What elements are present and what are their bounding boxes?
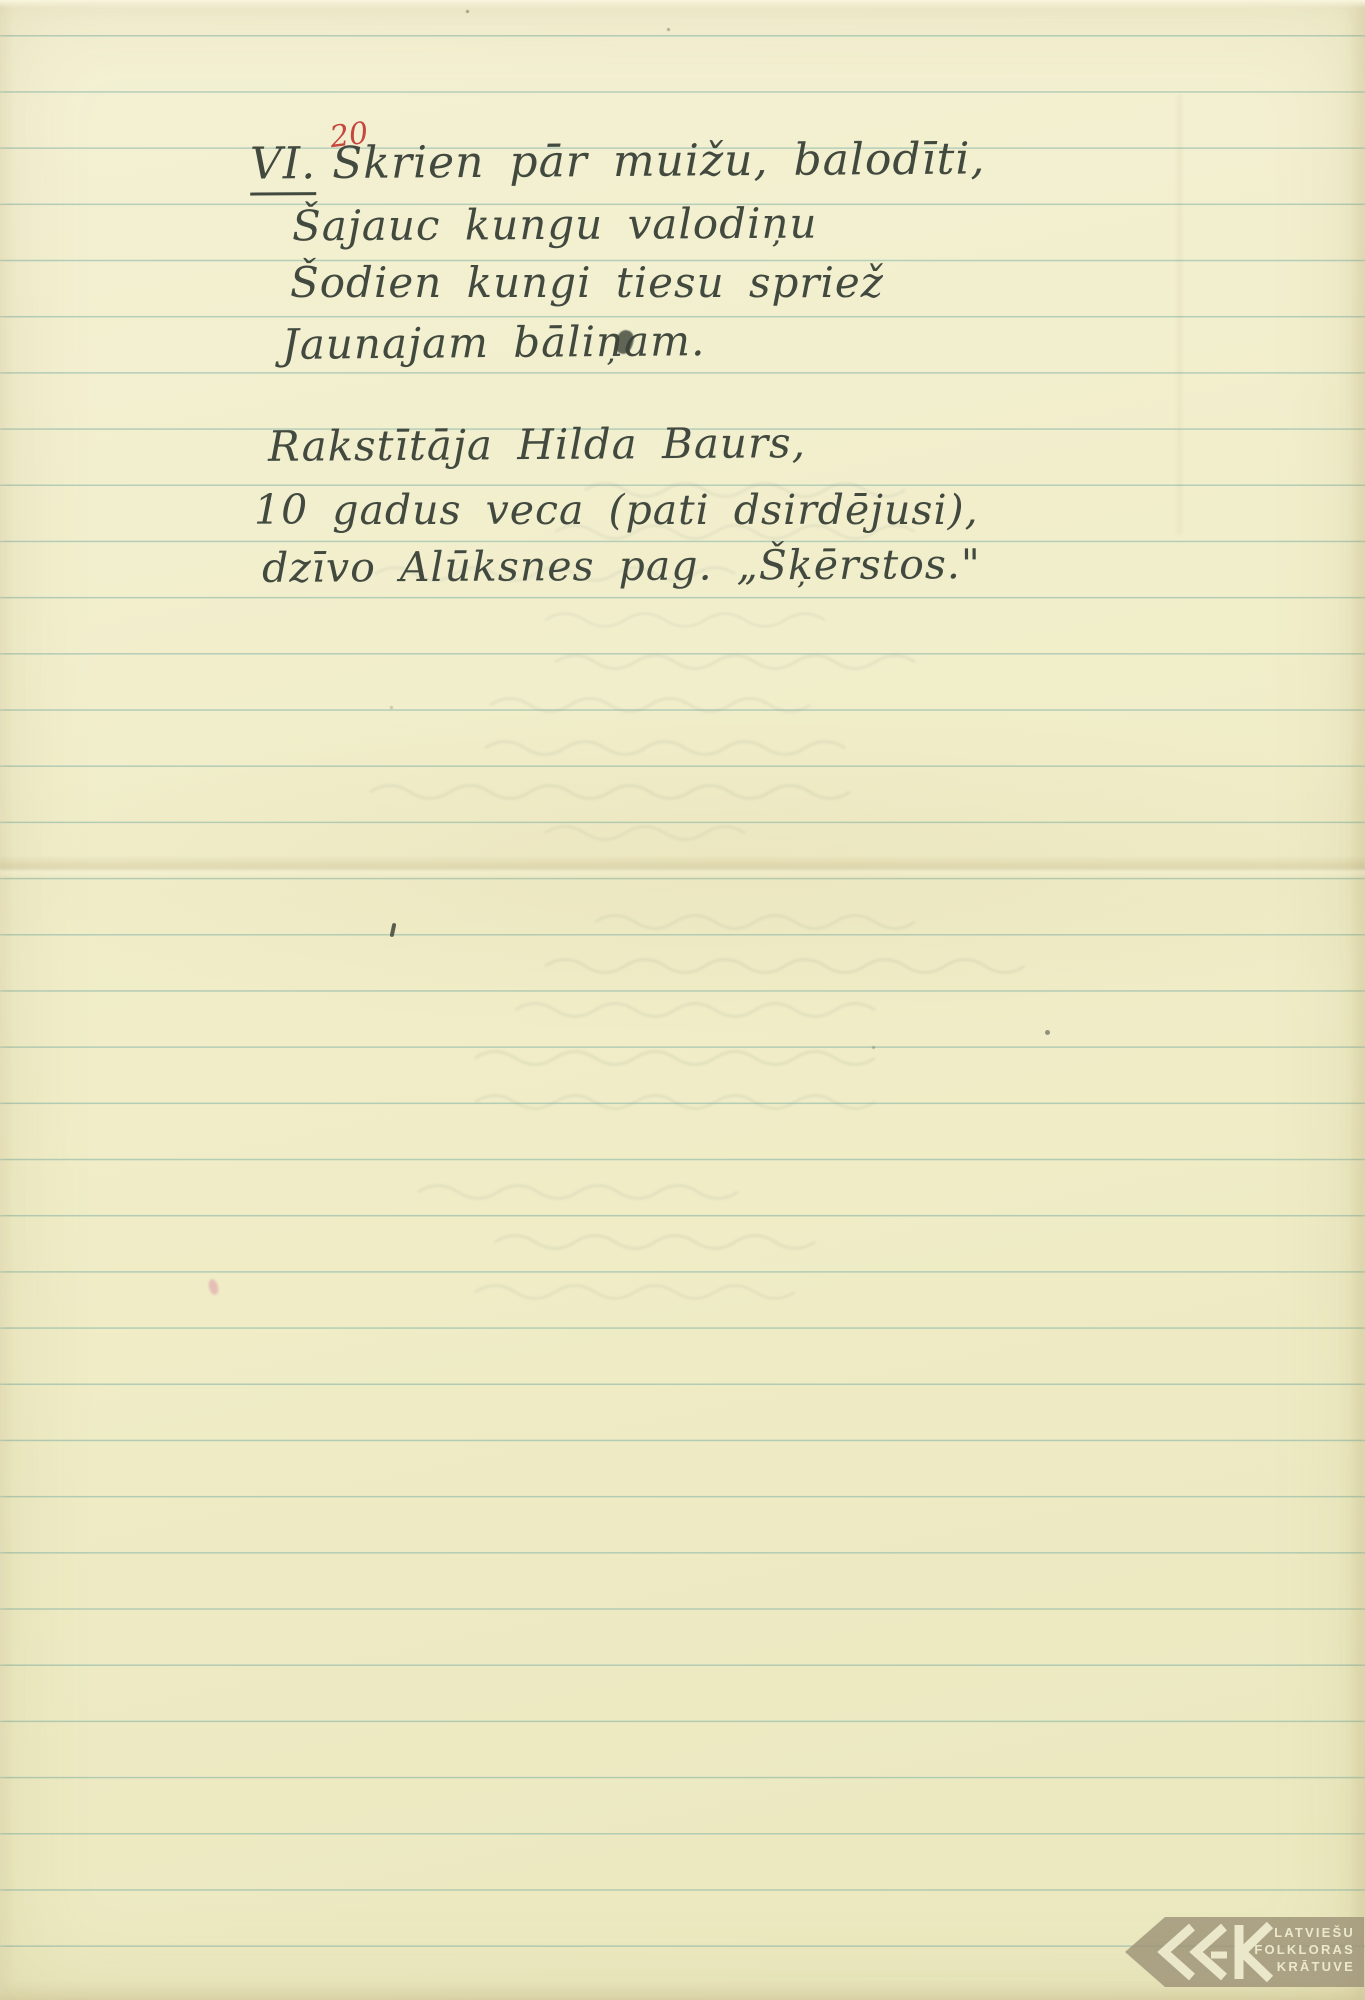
attribution-line-3: dzīvo Alūksnes pag. „Šķērstos." [262, 544, 981, 589]
watermark-line-1: LATVIEŠU [1254, 1924, 1355, 1941]
watermark-line-3: KRĀTUVE [1254, 1958, 1355, 1975]
poem-line-4: Jaunajam bāliņam. [282, 320, 706, 366]
section-numeral: VI. [250, 138, 317, 195]
attribution-line-1: Rakstītāja Hilda Baurs, [268, 422, 806, 468]
poem-line-1: VI.Skrien pār muižu, balodīti, [250, 137, 986, 186]
watermark-line-2: FOLKLORAS [1254, 1941, 1355, 1958]
paper-specks [0, 0, 3, 3]
poem-line-3: Šodien kungi tiesu spriež [290, 262, 884, 304]
poem-line-1-text: Skrien pār muižu, balodīti, [332, 133, 986, 189]
stray-pen-mark [390, 923, 397, 938]
poem-line-2: Šajauc kungu valodiņu [292, 203, 818, 248]
manuscript-page: 20 VI.Skrien pār muižu, balodīti, Šajauc… [0, 0, 1365, 2000]
watermark-text: LATVIEŠU FOLKLORAS KRĀTUVE [1254, 1924, 1355, 1975]
lfk-archive-watermark: LATVIEŠU FOLKLORAS KRĀTUVE [1123, 1916, 1365, 1988]
fold-crease [0, 856, 1365, 878]
pink-smudge [207, 1278, 220, 1296]
attribution-line-2: 10 gadus veca (pati dsirdējusi), [254, 490, 979, 531]
vertical-crease [1178, 95, 1181, 535]
